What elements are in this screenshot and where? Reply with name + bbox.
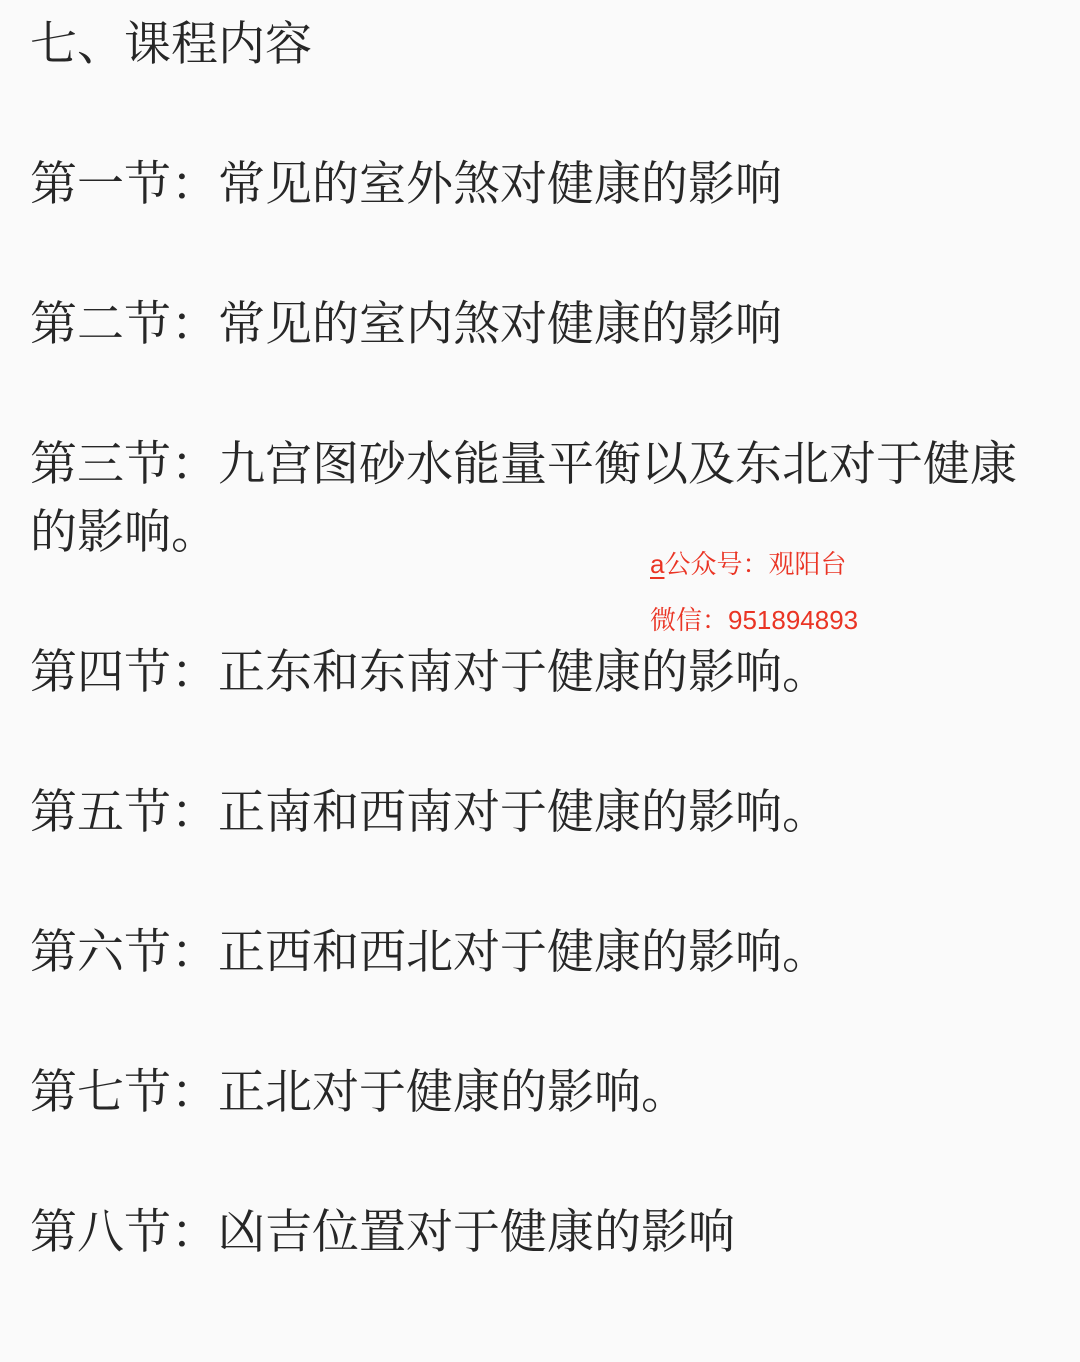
section-line-5: 第五节：正南和西南对于健康的影响。 <box>30 778 1050 846</box>
page-title: 七、课程内容 <box>30 10 1050 78</box>
watermark-prefix: a <box>650 549 664 579</box>
section-line-7: 第七节：正北对于健康的影响。 <box>30 1058 1050 1126</box>
watermark-line-official-account: a公众号：观阳台 <box>650 536 858 592</box>
document-page: 七、课程内容 第一节：常见的室外煞对健康的影响 第二节：常见的室内煞对健康的影响… <box>0 0 1080 1362</box>
section-line-8: 第八节：凶吉位置对于健康的影响 <box>30 1198 1050 1266</box>
watermark-account-name: 公众号：观阳台 <box>664 549 846 579</box>
section-line-4: 第四节：正东和东南对于健康的影响。 <box>30 638 1050 706</box>
section-line-2: 第二节：常见的室内煞对健康的影响 <box>30 290 1050 358</box>
watermark-line-wechat: 微信：951894893 <box>650 592 858 648</box>
section-line-6: 第六节：正西和西北对于健康的影响。 <box>30 918 1050 986</box>
section-line-3: 第三节：九宫图砂水能量平衡以及东北对于健康的影响。 <box>30 430 1050 566</box>
section-line-1: 第一节：常见的室外煞对健康的影响 <box>30 150 1050 218</box>
watermark: a公众号：观阳台 微信：951894893 <box>650 536 858 648</box>
